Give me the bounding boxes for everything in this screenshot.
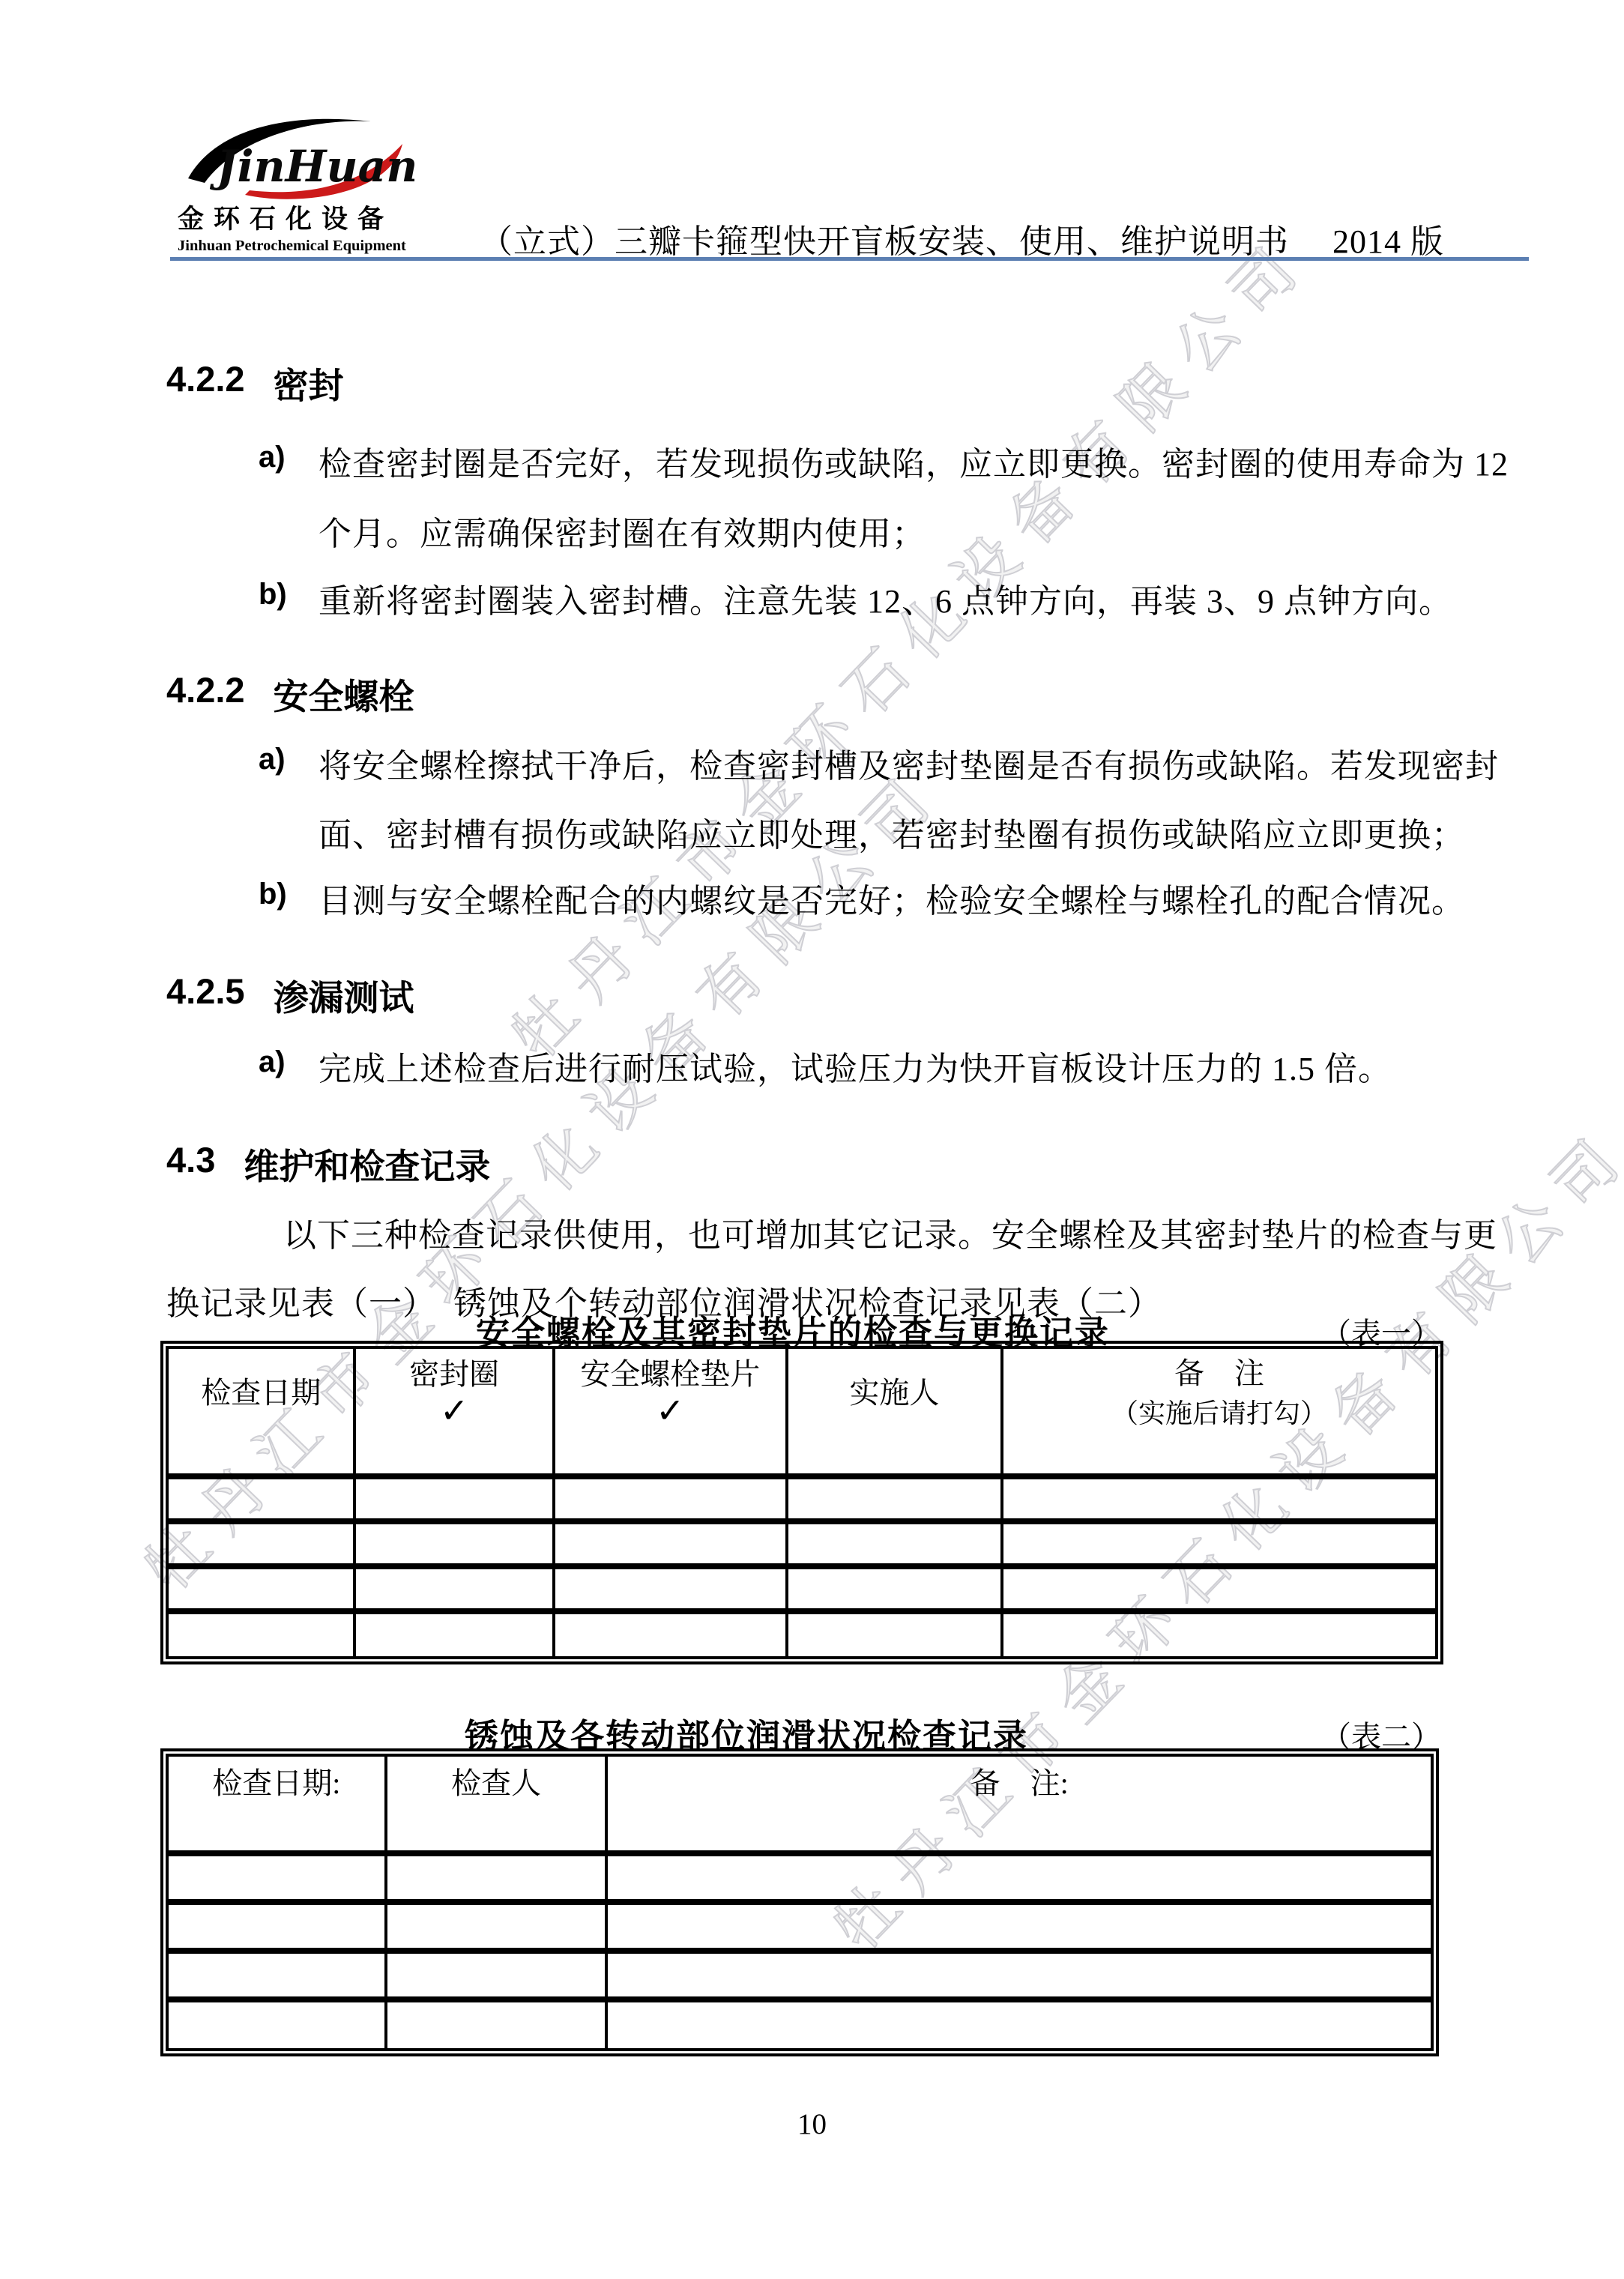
document-version: 2014 版 [1332, 214, 1444, 262]
empty-cell [169, 1805, 386, 1853]
empty-cell [606, 1999, 1431, 2048]
table-row [169, 1476, 1435, 1521]
empty-cell [354, 1476, 553, 1521]
list-marker: b) [259, 878, 287, 911]
section-heading-maintenance-records: 4.3 维护和检查记录 [166, 1139, 490, 1189]
logo-en-text: Jinhuan Petrochemical Equipment [178, 238, 417, 255]
header-label: 检查人 [392, 1760, 601, 1802]
table-row [169, 1999, 1431, 2048]
table-row [169, 1853, 1431, 1902]
empty-cell [169, 1431, 354, 1476]
empty-cell [169, 1566, 354, 1611]
checkmark-icon: ✓ [360, 1393, 547, 1429]
empty-cell [386, 1951, 607, 1999]
header-cell-seal-ring: 密封圈 ✓ [354, 1349, 553, 1431]
empty-cell [169, 1476, 354, 1521]
header-cell-inspector: 检查人 [386, 1757, 607, 1805]
header-label: 备 注 [1008, 1350, 1431, 1392]
company-logo: JinHuan 金环石化设备 Jinhuan Petrochemical Equ… [178, 111, 417, 255]
section-title: 安全螺栓 [274, 669, 414, 719]
header-cell-bolt-gasket: 安全螺栓垫片 ✓ [554, 1349, 787, 1431]
table-row [169, 1951, 1431, 1999]
logo-script-text: JinHuan [209, 141, 414, 192]
table-header-row: 检查日期: 检查人 备 注: [169, 1757, 1431, 1805]
empty-cell [787, 1611, 1002, 1656]
empty-cell [1002, 1521, 1435, 1566]
document-header: （立式）三瓣卡箍型快开盲板安装、使用、维护说明书 2014 版 [480, 214, 1444, 262]
header-label: 安全螺栓垫片 [560, 1350, 781, 1393]
section-heading-leak-test: 4.2.5 渗漏测试 [166, 971, 414, 1021]
body-line: 将安全螺栓擦拭干净后，检查密封槽及密封垫圈是否有损伤或缺陷。若发现密封 [319, 739, 1499, 787]
body-line: 面、密封槽有损伤或缺陷应立即处理，若密封垫圈有损伤或缺陷应立即更换； [319, 808, 1465, 856]
empty-cell [554, 1566, 787, 1611]
header-cell-check-date: 检查日期 [169, 1349, 354, 1431]
table-row [169, 1611, 1435, 1656]
empty-cell [386, 1999, 607, 2048]
empty-cell [354, 1566, 553, 1611]
empty-cell [354, 1611, 553, 1656]
body-line: 检查密封圈是否完好，若发现损伤或缺陷，应立即更换。密封圈的使用寿命为 12 [319, 437, 1509, 485]
section-number: 4.2.2 [166, 669, 245, 719]
header-divider [170, 257, 1529, 261]
header-cell-remarks: 备 注 （实施后请打勾） [1002, 1349, 1435, 1431]
section-number: 4.2.5 [166, 971, 245, 1021]
header-label: 实施人 [793, 1369, 996, 1412]
empty-cell [386, 1853, 607, 1902]
empty-cell [386, 1805, 607, 1853]
empty-cell [169, 1951, 386, 1999]
empty-cell [1002, 1611, 1435, 1656]
empty-cell [354, 1431, 553, 1476]
empty-cell [169, 1521, 354, 1566]
header-cell-remarks: 备 注: [606, 1757, 1431, 1805]
empty-cell [1002, 1431, 1435, 1476]
empty-cell [606, 1805, 1431, 1853]
empty-cell [606, 1902, 1431, 1951]
empty-cell [169, 1902, 386, 1951]
empty-cell [554, 1431, 787, 1476]
header-label: 备 注: [612, 1760, 1426, 1802]
empty-cell [1002, 1476, 1435, 1521]
empty-cell [606, 1853, 1431, 1902]
document-page: 牡丹江市金环石化设备有限公司 牡丹江市金环石化设备有限公司 牡丹江市金环石化设备… [0, 0, 1624, 2279]
section-title: 密封 [274, 358, 344, 408]
empty-cell [554, 1476, 787, 1521]
list-marker: a) [259, 743, 286, 776]
table-row [169, 1566, 1435, 1611]
section-number: 4.3 [166, 1139, 215, 1189]
checkmark-icon: ✓ [560, 1393, 781, 1429]
empty-cell [606, 1951, 1431, 1999]
empty-cell [787, 1476, 1002, 1521]
empty-cell [1002, 1566, 1435, 1611]
body-line: 重新将密封圈装入密封槽。注意先装 12、6 点钟方向，再装 3、9 点钟方向。 [319, 574, 1452, 622]
body-line: 个月。应需确保密封圈在有效期内使用； [319, 507, 926, 555]
empty-cell [169, 1611, 354, 1656]
section-heading-seal: 4.2.2 密封 [166, 358, 344, 408]
empty-cell [554, 1521, 787, 1566]
header-label: 检查日期: [173, 1760, 380, 1802]
empty-cell [554, 1611, 787, 1656]
paragraph-line: 以下三种检查记录供使用，也可增加其它记录。安全螺栓及其密封垫片的检查与更 [283, 1208, 1497, 1256]
corrosion-lubrication-table: 检查日期: 检查人 备 注: [160, 1748, 1439, 2056]
empty-cell [169, 1999, 386, 2048]
empty-cell [787, 1521, 1002, 1566]
empty-cell [787, 1566, 1002, 1611]
section-number: 4.2.2 [166, 358, 245, 408]
section-title: 维护和检查记录 [244, 1139, 490, 1189]
empty-cell [386, 1902, 607, 1951]
empty-cell [169, 1853, 386, 1902]
header-cell-executor: 实施人 [787, 1349, 1002, 1431]
body-line: 目测与安全螺栓配合的内螺纹是否完好；检验安全螺栓与螺栓孔的配合情况。 [319, 874, 1465, 922]
table-row [169, 1431, 1435, 1476]
body-line: 完成上述检查后进行耐压试验，试验压力为快开盲板设计压力的 1.5 倍。 [319, 1042, 1392, 1090]
list-marker: a) [259, 1045, 286, 1079]
table-row [169, 1521, 1435, 1566]
logo-swoosh-icon: JinHuan [178, 111, 414, 199]
empty-cell [354, 1521, 553, 1566]
table-row [169, 1902, 1431, 1951]
logo-cn-text: 金环石化设备 [178, 199, 417, 236]
header-label: 密封圈 [360, 1350, 547, 1393]
table-header-row: 检查日期 密封圈 ✓ 安全螺栓垫片 ✓ 实施人 [169, 1349, 1435, 1431]
empty-cell [787, 1431, 1002, 1476]
header-cell-check-date: 检查日期: [169, 1757, 386, 1805]
document-title: （立式）三瓣卡箍型快开盲板安装、使用、维护说明书 [480, 214, 1289, 262]
table-row [169, 1805, 1431, 1853]
page-number: 10 [797, 2107, 827, 2141]
list-marker: a) [259, 441, 286, 474]
section-title: 渗漏测试 [274, 971, 414, 1021]
header-label: 检查日期 [173, 1369, 348, 1412]
list-marker: b) [259, 578, 287, 612]
inspection-replacement-table: 检查日期 密封圈 ✓ 安全螺栓垫片 ✓ 实施人 [160, 1341, 1443, 1664]
remarks-subnote: （实施后请打勾） [1008, 1392, 1431, 1431]
section-heading-safety-bolt: 4.2.2 安全螺栓 [166, 669, 414, 719]
